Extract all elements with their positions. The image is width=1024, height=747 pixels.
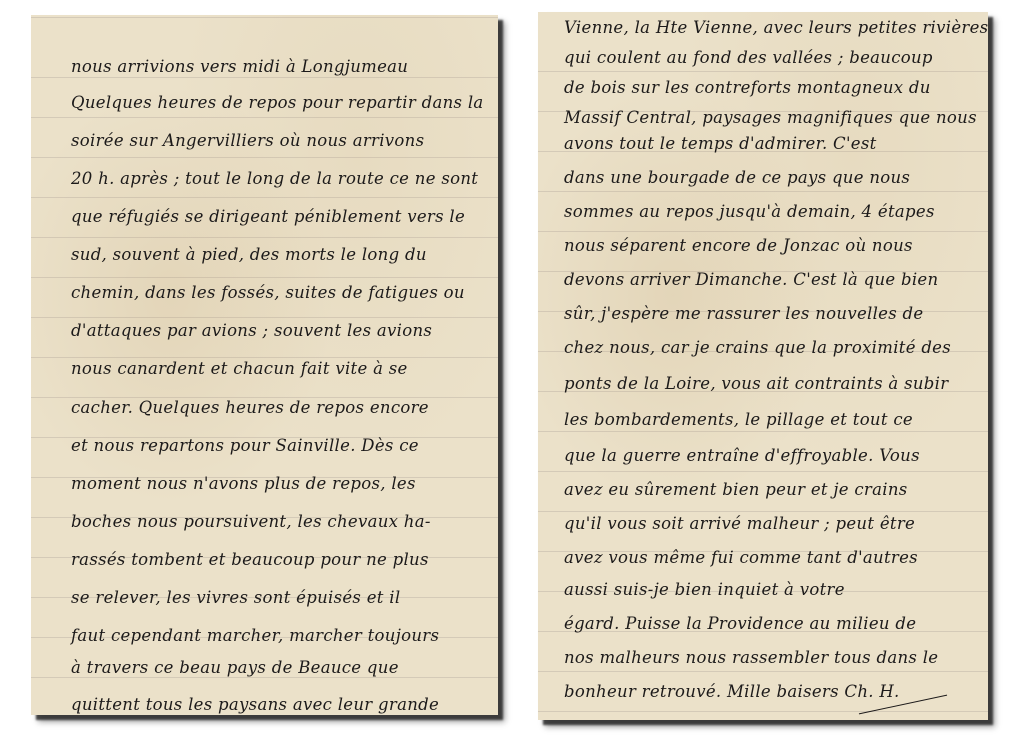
text-line: Vienne, la Hte Vienne, avec leurs petite… bbox=[564, 18, 988, 37]
text-line: sud, souvent à pied, des morts le long d… bbox=[71, 245, 427, 264]
text-line: qu'il vous soit arrivé malheur ; peut êt… bbox=[564, 514, 915, 533]
text-line: nos malheurs nous rassembler tous dans l… bbox=[564, 648, 938, 667]
text-line: les bombardements, le pillage et tout ce bbox=[564, 410, 913, 429]
text-line: faut cependant marcher, marcher toujours bbox=[71, 626, 439, 645]
text-line: que réfugiés se dirigeant péniblement ve… bbox=[71, 207, 465, 226]
text-line: moment nous n'avons plus de repos, les bbox=[71, 474, 416, 493]
letter-page-left: nous arrivions vers midi à Longjumeau Qu… bbox=[31, 15, 498, 715]
text-line: sommes au repos jusqu'à demain, 4 étapes bbox=[564, 202, 935, 221]
letter-page-right: Vienne, la Hte Vienne, avec leurs petite… bbox=[538, 12, 988, 720]
text-line: avons tout le temps d'admirer. C'est bbox=[564, 134, 877, 153]
text-line: chez nous, car je crains que la proximit… bbox=[564, 338, 951, 357]
text-line: d'attaques par avions ; souvent les avio… bbox=[71, 321, 432, 340]
text-line: 20 h. après ; tout le long de la route c… bbox=[71, 169, 478, 188]
text-line: nous séparent encore de Jonzac où nous bbox=[564, 236, 913, 255]
text-line: chemin, dans les fossés, suites de fatig… bbox=[71, 283, 465, 302]
text-line: que la guerre entraîne d'effroyable. Vou… bbox=[564, 446, 920, 465]
text-line: Quelques heures de repos pour repartir d… bbox=[71, 93, 484, 112]
text-line: sûr, j'espère me rassurer les nouvelles … bbox=[564, 304, 923, 323]
text-line: avez eu sûrement bien peur et je crains bbox=[564, 480, 908, 499]
text-line: dans une bourgade de ce pays que nous bbox=[564, 168, 910, 187]
text-line: avez vous même fui comme tant d'autres bbox=[564, 548, 918, 567]
text-line: soirée sur Angervilliers où nous arrivon… bbox=[71, 131, 424, 150]
text-line: ponts de la Loire, vous ait contraints à… bbox=[564, 374, 948, 393]
text-line: devons arriver Dimanche. C'est là que bi… bbox=[564, 270, 938, 289]
signature-line: bonheur retrouvé. Mille baisers Ch. H. bbox=[564, 682, 900, 701]
text-line: égard. Puisse la Providence au milieu de bbox=[564, 614, 916, 633]
text-line: Massif Central, paysages magnifiques que… bbox=[564, 108, 977, 127]
text-line: nous arrivions vers midi à Longjumeau bbox=[71, 57, 408, 76]
text-line: rassés tombent et beaucoup pour ne plus bbox=[71, 550, 429, 569]
text-line: se relever, les vivres sont épuisés et i… bbox=[71, 588, 400, 607]
text-line: aussi suis-je bien inquiet à votre bbox=[564, 580, 845, 599]
text-line: à travers ce beau pays de Beauce que bbox=[71, 658, 399, 677]
text-line: cacher. Quelques heures de repos encore bbox=[71, 398, 429, 417]
text-line: et nous repartons pour Sainville. Dès ce bbox=[71, 436, 419, 455]
text-line: boches nous poursuivent, les chevaux ha- bbox=[71, 512, 431, 531]
text-line: qui coulent au fond des vallées ; beauco… bbox=[564, 48, 933, 67]
text-line: nous canardent et chacun fait vite à se bbox=[71, 359, 408, 378]
text-line: de bois sur les contreforts montagneux d… bbox=[564, 78, 931, 97]
text-line: quittent tous les paysans avec leur gran… bbox=[71, 695, 439, 714]
